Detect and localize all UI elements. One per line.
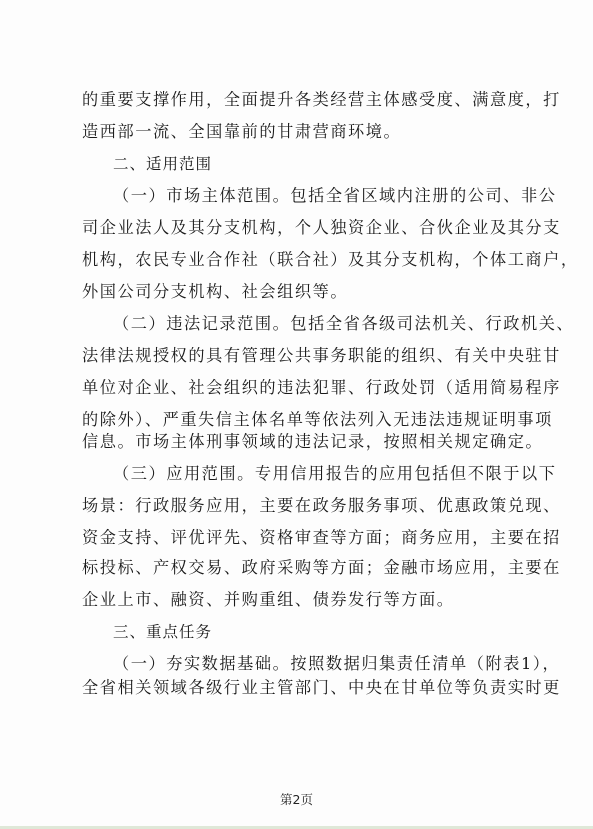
- body-line: 造西部一流、全国靠前的甘肃营商环境。: [82, 122, 522, 142]
- body-line: （一）市场主体范围。包括全省区域内注册的公司、非公: [113, 186, 553, 206]
- body-line: 司企业法人及其分支机构，个人独资企业、合伙企业及其分支: [82, 218, 522, 238]
- body-line: 资金支持、评优评先、资格审查等方面；商务应用，主要在招: [82, 528, 522, 548]
- body-line: 的重要支撑作用，全面提升各类经营主体感受度、满意度，打: [82, 90, 522, 110]
- body-line: 场景：行政服务应用，主要在政务服务事项、优惠政策兑现、: [82, 496, 522, 516]
- body-line: （三）应用范围。专用信用报告的应用包括但不限于以下: [113, 464, 553, 484]
- body-line: 的除外）、严重失信主体名单等依法列入无违法违规证明事项: [82, 410, 522, 430]
- body-line: （一）夯实数据基础。按照数据归集责任清单（附表1），: [113, 654, 553, 674]
- body-line: （二）违法记录范围。包括全省各级司法机关、行政机关、: [113, 314, 553, 334]
- body-line: 信息。市场主体刑事领域的违法记录，按照相关规定确定。: [82, 432, 522, 452]
- document-page: 的重要支撑作用，全面提升各类经营主体感受度、满意度，打 造西部一流、全国靠前的甘…: [0, 0, 593, 826]
- body-line: 机构，农民专业合作社（联合社）及其分支机构，个体工商户，: [82, 250, 522, 270]
- body-line: 标投标、产权交易、政府采购等方面；金融市场应用，主要在: [82, 558, 522, 578]
- body-line: 全省相关领域各级行业主管部门、中央在甘单位等负责实时更: [82, 678, 522, 698]
- body-line: 单位对企业、社会组织的违法犯罪、行政处罚（适用简易程序: [82, 378, 522, 398]
- body-line: 外国公司分支机构、社会组织等。: [82, 282, 522, 302]
- page-number: 第2页: [0, 790, 593, 808]
- body-line: 法律法规授权的具有管理公共事务职能的组织、有关中央驻甘: [82, 346, 522, 366]
- body-line: 企业上市、融资、并购重组、债券发行等方面。: [82, 590, 522, 610]
- section-heading: 三、重点任务: [113, 622, 553, 642]
- section-heading: 二、适用范围: [113, 154, 553, 174]
